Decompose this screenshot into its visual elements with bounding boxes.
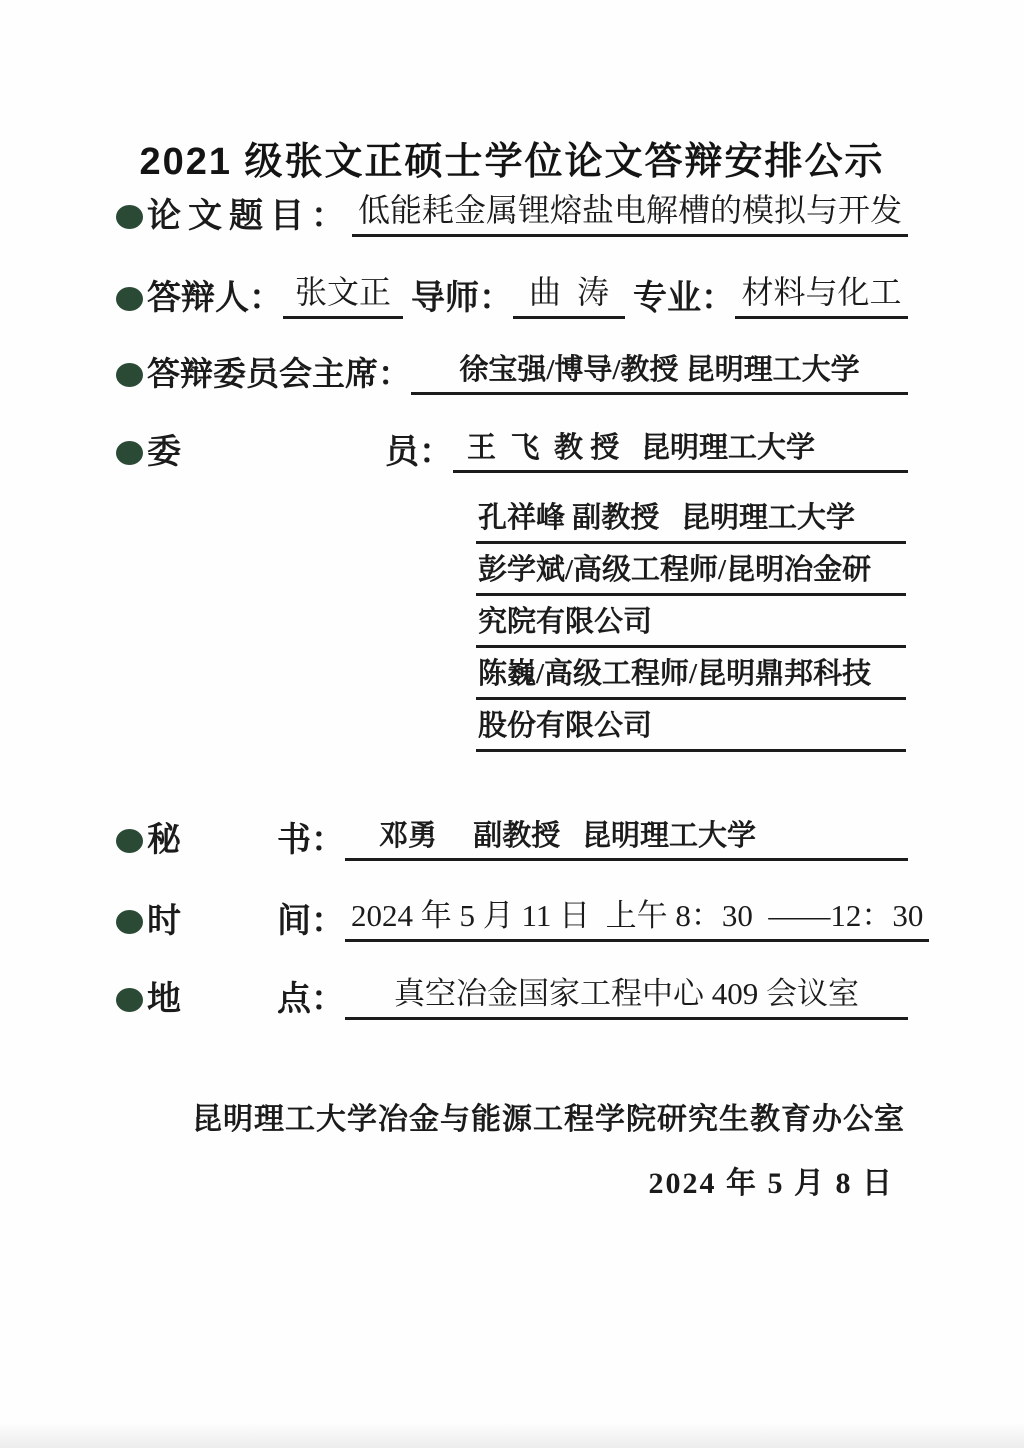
major-label: 专业： xyxy=(633,279,735,319)
thesis-title-label: 论文题目： xyxy=(147,197,352,237)
committee-member-value: 陈巍/高级工程师/昆明鼎邦科技 xyxy=(476,658,906,700)
secretary-label: 秘 书： xyxy=(147,821,345,861)
committee-label: 委 员： xyxy=(147,433,453,473)
chair-value: 徐宝强/博导/教授 昆明理工大学 xyxy=(411,354,908,395)
bullet-icon xyxy=(116,441,143,465)
footer-office: 昆明理工大学冶金与能源工程学院研究生教育办公室 xyxy=(118,1094,905,1138)
committee-member-value: 究院有限公司 xyxy=(476,606,906,648)
time-label-right: 间： xyxy=(277,902,345,942)
bullet-icon xyxy=(116,287,143,311)
field-row-committee: 委 员： 王 飞 教 授 昆明理工大学 xyxy=(116,432,908,473)
committee-label-left: 委 xyxy=(147,433,181,473)
bullet-icon xyxy=(116,363,143,387)
venue-label-left: 地 xyxy=(147,980,181,1020)
supervisor-value: 曲 涛 xyxy=(513,274,625,319)
thesis-title-value: 低能耗金属锂熔盐电解槽的模拟与开发 xyxy=(352,192,908,237)
secretary-label-left: 秘 xyxy=(147,821,181,861)
field-row-time: 时 间： 2024 年 5 月 11 日 上午 8：30 ——12：30 xyxy=(116,898,908,942)
defender-label: 答辩人： xyxy=(147,279,283,319)
committee-member-value: 王 飞 教 授 昆明理工大学 xyxy=(453,432,908,473)
time-label: 时 间： xyxy=(147,902,345,942)
supervisor-label: 导师： xyxy=(411,279,513,319)
defender-value: 张文正 xyxy=(283,274,403,319)
footer-date: 2024 年 5 月 8 日 xyxy=(118,1158,894,1202)
venue-label: 地 点： xyxy=(147,980,345,1020)
bullet-icon xyxy=(116,988,143,1012)
secretary-label-right: 书： xyxy=(277,821,345,861)
bullet-icon xyxy=(116,205,143,229)
bullet-icon xyxy=(116,910,143,934)
committee-label-right: 员： xyxy=(385,433,453,473)
time-label-left: 时 xyxy=(147,902,181,942)
time-value: 2024 年 5 月 11 日 上午 8：30 ——12：30 xyxy=(345,898,929,942)
field-row-secretary: 秘 书： 邓勇 副教授 昆明理工大学 xyxy=(116,820,908,861)
page-title: 2021 级张文正硕士学位论文答辩安排公示 xyxy=(0,130,1024,185)
document-page: 2021 级张文正硕士学位论文答辩安排公示 论文题目： 低能耗金属锂熔盐电解槽的… xyxy=(0,0,1024,1448)
field-row-defender: 答辩人： 张文正 导师： 曲 涛 专业： 材料与化工 xyxy=(116,274,908,319)
committee-member-value: 孔祥峰 副教授 昆明理工大学 xyxy=(476,502,906,544)
chair-label: 答辩委员会主席： xyxy=(147,356,411,395)
major-value: 材料与化工 xyxy=(735,274,908,319)
venue-label-right: 点： xyxy=(277,980,345,1020)
field-row-chair: 答辩委员会主席： 徐宝强/博导/教授 昆明理工大学 xyxy=(116,354,908,395)
venue-value: 真空冶金国家工程中心 409 会议室 xyxy=(345,976,908,1020)
bullet-icon xyxy=(116,829,143,853)
committee-member-value: 彭学斌/高级工程师/昆明冶金研 xyxy=(476,554,906,596)
secretary-value: 邓勇 副教授 昆明理工大学 xyxy=(345,820,908,861)
field-row-thesis-title: 论文题目： 低能耗金属锂熔盐电解槽的模拟与开发 xyxy=(116,192,908,237)
field-row-venue: 地 点： 真空冶金国家工程中心 409 会议室 xyxy=(116,976,908,1020)
committee-member-value: 股份有限公司 xyxy=(476,710,906,752)
scan-edge-artifact xyxy=(0,1422,1024,1448)
